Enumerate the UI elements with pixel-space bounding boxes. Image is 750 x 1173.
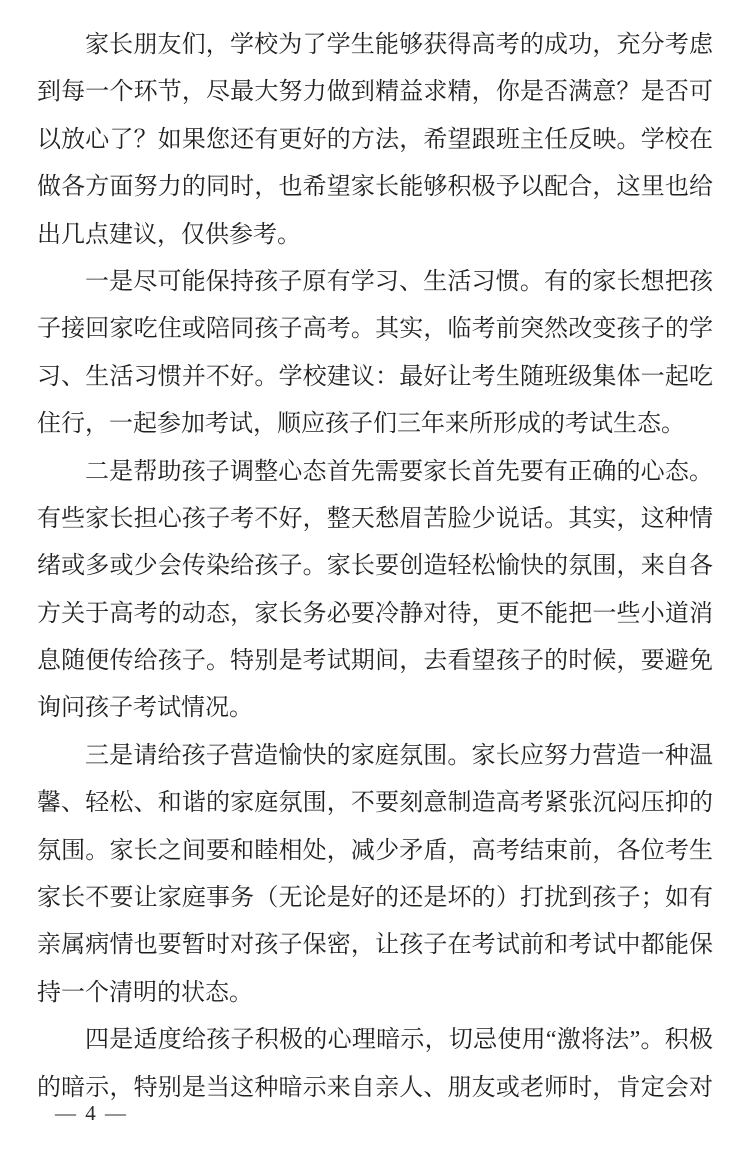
paragraph: 二是帮助孩子调整心态首先需要家长首先要有正确的心态。有些家长担心孩子考不好，整天… [37, 449, 713, 733]
text-line: 亲属病情也要暂时对孩子保密，让孩子在考试前和考试中都能保 [37, 922, 713, 969]
text-line: 持一个清明的状态。 [37, 970, 713, 1017]
paragraph: 一是尽可能保持孩子原有学习、生活习惯。有的家长想把孩子接回家吃住或陪同孩子高考。… [37, 259, 713, 449]
paragraph: 三是请给孩子营造愉快的家庭氛围。家长应努力营造一种温馨、轻松、和谐的家庭氛围，不… [37, 733, 713, 1017]
text-line: 以放心了？如果您还有更好的方法，希望跟班主任反映。学校在 [37, 117, 713, 164]
text-line: 家长不要让家庭事务（无论是好的还是坏的）打扰到孩子；如有 [37, 875, 713, 922]
text-line: 子接回家吃住或陪同孩子高考。其实，临考前突然改变孩子的学 [37, 306, 713, 353]
text-line: 馨、轻松、和谐的家庭氛围，不要刻意制造高考紧张沉闷压抑的 [37, 780, 713, 827]
paragraph: 四是适度给孩子积极的心理暗示，切忌使用“激将法”。积极的暗示，特别是当这种暗示来… [37, 1017, 713, 1112]
text-line: 有些家长担心孩子考不好，整天愁眉苦脸少说话。其实，这种情 [37, 496, 713, 543]
document-page: 家长朋友们，学校为了学生能够获得高考的成功，充分考虑到每一个环节，尽最大努力做到… [0, 0, 750, 1173]
document-body: 家长朋友们，学校为了学生能够获得高考的成功，充分考虑到每一个环节，尽最大努力做到… [37, 22, 713, 1112]
page-footer: — 4 — [55, 1100, 355, 1126]
text-line: 二是帮助孩子调整心态首先需要家长首先要有正确的心态。 [37, 449, 713, 496]
text-line: 四是适度给孩子积极的心理暗示，切忌使用“激将法”。积极 [37, 1017, 713, 1064]
text-line: 氛围。家长之间要和睦相处，减少矛盾，高考结束前，各位考生 [37, 828, 713, 875]
text-line: 三是请给孩子营造愉快的家庭氛围。家长应努力营造一种温 [37, 733, 713, 780]
text-line: 询问孩子考试情况。 [37, 685, 713, 732]
text-line: 到每一个环节，尽最大努力做到精益求精，你是否满意？是否可 [37, 69, 713, 116]
text-line: 方关于高考的动态，家长务必要冷静对待，更不能把一些小道消 [37, 591, 713, 638]
text-line: 习、生活习惯并不好。学校建议：最好让考生随班级集体一起吃 [37, 354, 713, 401]
text-line: 息随便传给孩子。特别是考试期间，去看望孩子的时候，要避免 [37, 638, 713, 685]
text-line: 绪或多或少会传染给孩子。家长要创造轻松愉快的氛围，来自各 [37, 543, 713, 590]
text-line: 家长朋友们，学校为了学生能够获得高考的成功，充分考虑 [37, 22, 713, 69]
text-line: 做各方面努力的同时，也希望家长能够积极予以配合，这里也给 [37, 164, 713, 211]
text-line: 一是尽可能保持孩子原有学习、生活习惯。有的家长想把孩 [37, 259, 713, 306]
text-line: 住行，一起参加考试，顺应孩子们三年来所形成的考试生态。 [37, 401, 713, 448]
paragraph: 家长朋友们，学校为了学生能够获得高考的成功，充分考虑到每一个环节，尽最大努力做到… [37, 22, 713, 259]
page-number: — 4 — [55, 1101, 128, 1125]
text-line: 出几点建议，仅供参考。 [37, 212, 713, 259]
